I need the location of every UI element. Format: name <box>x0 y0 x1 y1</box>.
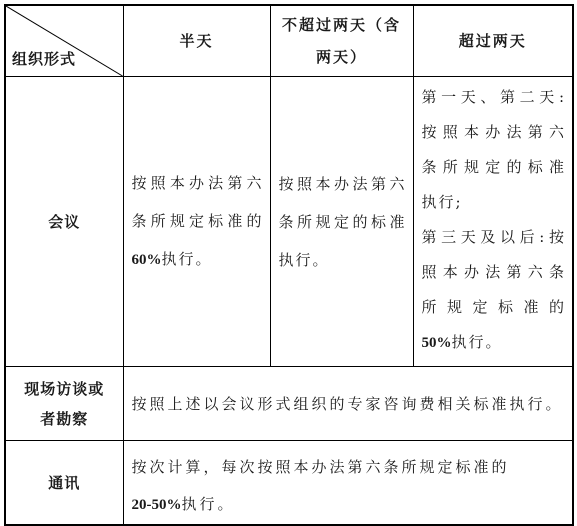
header-col-over-two-days: 超过两天 <box>413 5 573 77</box>
header-label-half-day: 半天 <box>124 25 270 57</box>
header-label-over-two-days: 超过两天 <box>414 25 573 57</box>
corner-label: 组织形式 <box>12 48 76 69</box>
text-line: 按次计算，每次按照本办法第六条所规定标准的 <box>132 449 565 486</box>
text-line: 照本办法第六条 <box>422 255 565 290</box>
cell-meeting-up-to-two-days: 按照本办法第六 条所规定的标准 执行。 <box>270 77 413 367</box>
meeting-row: 会议 按照本办法第六 条所规定标准的 60%执行。 按照本办法第六 条所规定的标… <box>5 77 573 367</box>
site-visit-row: 现场访谈或者勘察 按照上述以会议形式组织的专家咨询费相关标准执行。 <box>5 367 573 441</box>
header-row: 组织形式 半天 不超过两天（含两天） 超过两天 <box>5 5 573 77</box>
text-line: 按照本办法第六 <box>279 165 405 203</box>
text-line: 所规定标准的 <box>422 290 565 325</box>
text-line: 按照本办法第六 <box>422 115 565 150</box>
percent-value: 50% <box>422 335 452 351</box>
text-line: 50%执行。 <box>422 325 565 361</box>
percent-value: 20-50% <box>132 497 182 513</box>
text-line: 按照本办法第六 <box>132 164 262 202</box>
row-label-site-visit-text: 现场访谈或者勘察 <box>6 374 123 434</box>
telecom-row: 通讯 按次计算，每次按照本办法第六条所规定标准的 20-50%执行。 <box>5 441 573 526</box>
text-line: 执行。 <box>279 241 405 279</box>
cell-telecom-content: 按次计算，每次按照本办法第六条所规定标准的 20-50%执行。 <box>123 441 573 526</box>
text-line: 第一天、第二天: <box>422 80 565 115</box>
cell-meeting-half-day: 按照本办法第六 条所规定标准的 60%执行。 <box>123 77 270 367</box>
row-label-meeting: 会议 <box>5 77 123 367</box>
cell-meeting-over-two-days: 第一天、第二天: 按照本办法第六 条所规定的标准 执行; 第三天及以后:按 照本… <box>413 77 573 367</box>
header-label-up-to-two-days: 不超过两天（含两天） <box>271 9 413 73</box>
text-line: 条所规定的标准 <box>422 150 565 185</box>
row-label-telecom: 通讯 <box>5 441 123 526</box>
row-label-site-visit: 现场访谈或者勘察 <box>5 367 123 441</box>
text-line: 第三天及以后:按 <box>422 220 565 255</box>
text-line: 条所规定标准的 <box>132 202 262 240</box>
text-line: 20-50%执行。 <box>132 486 565 524</box>
header-col-half-day: 半天 <box>123 5 270 77</box>
cell-site-visit-content: 按照上述以会议形式组织的专家咨询费相关标准执行。 <box>123 367 573 441</box>
text-line: 按照上述以会议形式组织的专家咨询费相关标准执行。 <box>132 395 564 413</box>
percent-value: 60% <box>132 252 162 268</box>
text-line: 条所规定的标准 <box>279 203 405 241</box>
document-page: 组织形式 半天 不超过两天（含两天） 超过两天 会议 按照本办法第六 条所规定标… <box>0 0 577 519</box>
text-fragment: 执行。 <box>182 495 236 513</box>
text-line: 执行; <box>422 185 565 220</box>
text-fragment: 执行。 <box>162 250 213 268</box>
header-corner-cell: 组织形式 <box>5 5 123 77</box>
text-fragment: 执行。 <box>452 333 503 351</box>
expert-fee-standards-table: 组织形式 半天 不超过两天（含两天） 超过两天 会议 按照本办法第六 条所规定标… <box>4 4 574 526</box>
text-line: 60%执行。 <box>132 240 262 279</box>
header-col-up-to-two-days: 不超过两天（含两天） <box>270 5 413 77</box>
